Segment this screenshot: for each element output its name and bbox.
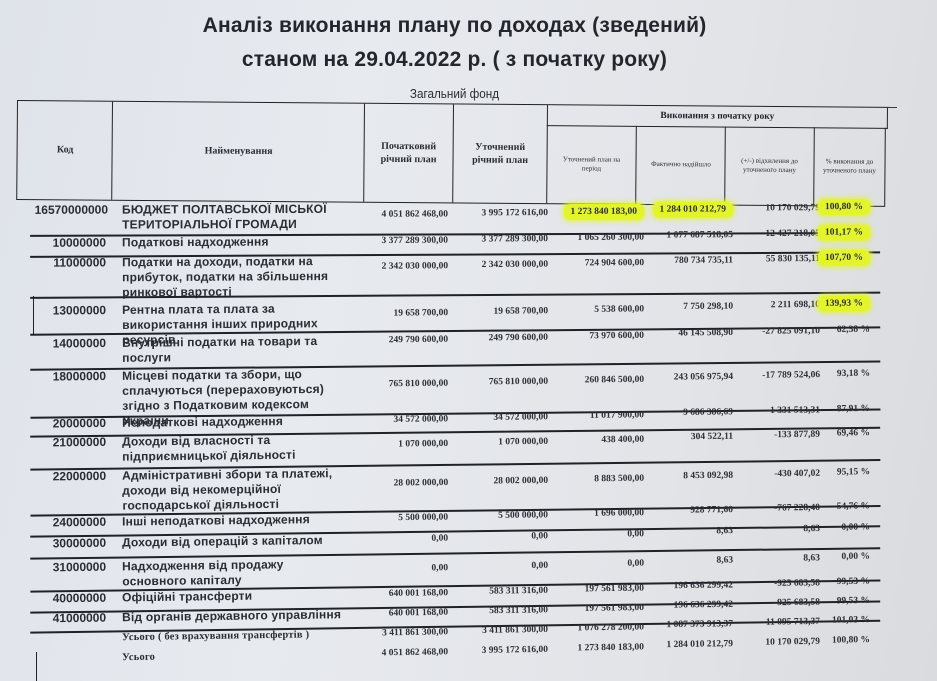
- cell-value: 0,00: [431, 534, 448, 544]
- row-deviation: -925 683,58: [774, 578, 820, 589]
- row-percent: 54,76 %: [837, 501, 870, 511]
- cell-value: 3 377 289 300,00: [382, 236, 449, 246]
- cell-value: 69,46 %: [837, 428, 870, 438]
- row-name: Податки на доходи, податки на прибуток, …: [122, 254, 354, 300]
- cell-value: 19 658 700,00: [393, 308, 448, 318]
- row-actual: 8,63: [716, 526, 733, 536]
- cell-value: 583 311 316,00: [489, 586, 548, 597]
- cell-value: 139,93 %: [818, 295, 870, 311]
- cell-value: 1 076 278 200,00: [577, 622, 644, 633]
- row-actual: 7 750 298,10: [683, 302, 733, 312]
- cell-value: 765 810 000,00: [389, 379, 448, 390]
- cell-value: 12 427 218,05: [765, 229, 820, 239]
- cell-value: 10 170 029,79: [765, 637, 820, 648]
- row-percent: 95,15 %: [837, 467, 870, 477]
- row-revised-plan: 5 500 000,00: [498, 510, 548, 521]
- row-revised-plan: 3 377 289 300,00: [481, 234, 548, 244]
- row-deviation: 2 211 698,10: [771, 300, 820, 310]
- cell-value: 100,80 %: [818, 199, 870, 215]
- row-deviation: 12 427 218,05: [765, 229, 820, 239]
- row-code: 13000000: [36, 303, 106, 318]
- cell-value: 11 095 713,37: [766, 617, 820, 628]
- margin-mark: [33, 296, 34, 334]
- cell-value: 1 284 010 212,79: [653, 202, 734, 218]
- cell-value: 1 087 373 913,37: [666, 620, 733, 631]
- cell-value: 249 790 600,00: [489, 333, 548, 344]
- row-code: 14000000: [36, 336, 106, 351]
- row-deviation: 8,63: [803, 553, 820, 563]
- row-initial-plan: 640 001 168,00: [389, 588, 449, 599]
- row-percent: 87,91 %: [837, 404, 870, 414]
- row-initial-plan: 34 572 000,00: [393, 414, 448, 425]
- cell-value: 2 342 030 000,00: [482, 259, 549, 269]
- row-initial-plan: 5 500 000,00: [398, 513, 448, 524]
- row-revised-plan: 2 342 030 000,00: [482, 259, 549, 269]
- cell-value: 0,00: [531, 531, 548, 541]
- row-initial-plan: 4 051 862 468,00: [381, 647, 448, 658]
- cell-value: 93,18 %: [837, 369, 870, 379]
- cell-value: 101,03 %: [832, 615, 870, 626]
- cell-value: 3 411 861 300,00: [382, 627, 448, 638]
- row-actual: 1 077 687 518,05: [666, 231, 733, 241]
- row-percent: 99,53 %: [837, 596, 870, 606]
- cell-value: 101,17 %: [818, 224, 870, 240]
- row-deviation: -925 683,58: [774, 598, 820, 609]
- cell-value: 11 017 900,00: [590, 410, 644, 421]
- row-period-plan: 5 538 600,00: [594, 304, 644, 314]
- cell-value: 3 411 861 300,00: [482, 625, 548, 636]
- cell-value: 0,00 %: [841, 522, 870, 532]
- row-code: 10000000: [36, 235, 106, 249]
- row-revised-plan: 583 311 316,00: [489, 605, 548, 616]
- row-deviation: -17 789 524,06: [762, 370, 820, 381]
- row-deviation: -27 825 091,10: [762, 326, 820, 337]
- row-initial-plan: 3 411 861 300,00: [382, 627, 448, 638]
- row-initial-plan: 2 342 030 000,00: [382, 261, 449, 271]
- cell-value: 19 658 700,00: [493, 306, 548, 316]
- cell-value: 5 538 600,00: [594, 304, 644, 314]
- row-deviation: 55 830 135,11: [766, 254, 820, 264]
- cell-value: 54,76 %: [837, 501, 870, 511]
- cell-value: 1 070 000,00: [498, 437, 548, 448]
- table-row: 11000000Податки на доходи, податки на пр…: [0, 250, 937, 296]
- cell-value: 724 904 600,00: [585, 258, 644, 268]
- row-name: Внутрішні податки на товари та послуги: [122, 334, 362, 366]
- row-code: 16570000000: [34, 203, 108, 217]
- cell-value: 8,63: [803, 553, 820, 563]
- row-percent: 101,03 %: [832, 615, 870, 626]
- row-actual: 780 734 735,11: [674, 256, 733, 266]
- row-initial-plan: 19 658 700,00: [393, 308, 448, 318]
- cell-value: 640 001 168,00: [389, 608, 449, 619]
- cell-value: 99,53 %: [837, 577, 870, 587]
- cell-value: 8,63: [716, 526, 733, 536]
- margin-mark: [36, 652, 37, 681]
- cell-value: -767 228,40: [774, 503, 820, 514]
- cell-value: 99,53 %: [837, 596, 870, 606]
- cell-value: 1 273 840 183,00: [577, 642, 644, 653]
- row-period-plan: 1 696 000,00: [594, 508, 644, 519]
- row-percent: 100,80 %: [818, 202, 870, 212]
- cell-value: 3 377 289 300,00: [481, 234, 548, 244]
- row-code: 40000000: [36, 591, 106, 606]
- cell-value: 8 883 500,00: [594, 473, 644, 484]
- row-actual: 8,63: [716, 556, 733, 566]
- row-name: Офіційні трансферти: [122, 588, 342, 606]
- cell-value: 1 077 687 518,05: [666, 231, 733, 241]
- row-code: 30000000: [36, 536, 106, 551]
- cell-value: 583 311 316,00: [489, 605, 548, 616]
- cell-value: 4 051 862 468,00: [381, 647, 448, 658]
- row-percent: 62,38 %: [837, 325, 870, 335]
- row-actual: 243 056 975,94: [674, 372, 733, 383]
- row-name: Доходи від власності та підприємницької …: [122, 432, 352, 465]
- row-code: 11000000: [36, 255, 106, 269]
- row-revised-plan: 0,00: [531, 531, 548, 541]
- row-initial-plan: 4 051 862 468,00: [382, 209, 449, 219]
- row-revised-plan: 249 790 600,00: [489, 333, 548, 344]
- cell-value: 640 001 168,00: [389, 588, 449, 599]
- row-initial-plan: 0,00: [431, 534, 448, 544]
- cell-value: 8 453 092,98: [683, 471, 733, 482]
- row-deviation: 11 095 713,37: [766, 617, 820, 628]
- row-revised-plan: 1 070 000,00: [498, 437, 548, 448]
- cell-value: 1 065 260 300,00: [577, 232, 644, 242]
- cell-value: 249 790 600,00: [389, 335, 448, 346]
- row-code: 22000000: [36, 469, 106, 484]
- row-period-plan: 197 561 983,00: [585, 583, 645, 594]
- row-initial-plan: 3 377 289 300,00: [382, 236, 449, 246]
- row-period-plan: 438 400,00: [601, 434, 644, 444]
- row-deviation: 10 170 029,79: [765, 203, 820, 213]
- cell-value: 438 400,00: [601, 434, 644, 444]
- cell-value: 5 500 000,00: [398, 513, 448, 524]
- row-percent: 101,17 %: [818, 227, 870, 237]
- cell-value: 87,91 %: [837, 404, 870, 414]
- row-percent: 0,00 %: [841, 552, 870, 562]
- cell-value: 197 561 983,00: [585, 603, 645, 614]
- row-period-plan: 197 561 983,00: [585, 603, 645, 614]
- row-code: 24000000: [36, 515, 106, 530]
- row-name: Податкові надходження: [122, 234, 342, 250]
- row-actual: 9 686 386,69: [683, 408, 733, 419]
- row-name: Неподаткові надходження: [122, 413, 342, 430]
- row-initial-plan: 0,00: [431, 563, 448, 573]
- row-percent: 93,18 %: [837, 369, 870, 379]
- cell-value: 28 002 000,00: [493, 476, 548, 487]
- row-deviation: -133 877,89: [774, 430, 820, 441]
- cell-value: -17 789 524,06: [762, 370, 820, 381]
- cell-value: 10 170 029,79: [765, 203, 820, 213]
- row-period-plan: 11 017 900,00: [590, 410, 644, 421]
- row-period-plan: 1 273 840 183,00: [564, 206, 645, 216]
- cell-value: 28 002 000,00: [393, 478, 448, 489]
- row-code: [36, 650, 106, 651]
- cell-value: 0,00: [531, 561, 548, 571]
- row-actual: 1 284 010 212,79: [653, 205, 734, 215]
- cell-value: 260 846 500,00: [585, 374, 644, 385]
- row-revised-plan: 3 995 172 616,00: [482, 208, 549, 218]
- cell-value: 1 273 840 183,00: [564, 203, 645, 219]
- row-revised-plan: 3 411 861 300,00: [482, 625, 548, 636]
- cell-value: -925 683,58: [774, 578, 820, 589]
- row-code: [36, 630, 106, 631]
- cell-value: 7 750 298,10: [683, 302, 733, 312]
- row-actual: 196 636 299,42: [674, 581, 734, 592]
- row-actual: 928 771,60: [690, 505, 733, 516]
- cell-value: 9 686 386,69: [683, 408, 733, 419]
- cell-value: 46 145 508,90: [678, 328, 733, 339]
- row-deviation: -430 407,02: [774, 469, 820, 480]
- row-percent: 99,53 %: [837, 577, 870, 587]
- row-period-plan: 1 273 840 183,00: [577, 642, 644, 653]
- row-code: 21000000: [36, 435, 106, 450]
- row-revised-plan: 3 995 172 616,00: [481, 645, 548, 656]
- cell-value: -133 877,89: [774, 430, 820, 441]
- cell-value: 0,00 %: [841, 552, 870, 562]
- row-name: Усього ( без врахування трансфертів ): [122, 626, 422, 645]
- row-period-plan: 724 904 600,00: [585, 258, 644, 268]
- row-period-plan: 0,00: [627, 558, 644, 568]
- cell-value: 34 572 000,00: [493, 412, 548, 423]
- cell-value: 1 696 000,00: [594, 508, 644, 519]
- cell-value: 95,15 %: [837, 467, 870, 477]
- cell-value: 62,38 %: [837, 325, 870, 335]
- row-code: 31000000: [36, 560, 106, 575]
- row-code: 18000000: [36, 369, 106, 384]
- row-name: Надходження від продажу основного капіта…: [122, 557, 327, 590]
- row-period-plan: 1 076 278 200,00: [577, 622, 644, 633]
- cell-value: 8,63: [716, 556, 733, 566]
- cell-value: 196 636 299,42: [674, 581, 734, 592]
- cell-value: -430 407,02: [774, 469, 820, 480]
- row-deviation: 10 170 029,79: [765, 637, 820, 648]
- row-name: Усього: [122, 646, 422, 665]
- row-actual: 196 636 299,42: [674, 600, 734, 611]
- cell-value: 2 211 698,10: [771, 300, 820, 310]
- cell-value: 2 342 030 000,00: [382, 261, 449, 271]
- row-percent: 139,93 %: [818, 298, 870, 308]
- row-percent: 69,46 %: [837, 428, 870, 438]
- cell-value: 55 830 135,11: [766, 254, 820, 264]
- row-period-plan: 0,00: [627, 529, 644, 539]
- row-revised-plan: 28 002 000,00: [493, 476, 548, 487]
- row-actual: 46 145 508,90: [678, 328, 733, 339]
- row-period-plan: 73 970 600,00: [589, 330, 644, 341]
- row-code: 20000000: [36, 416, 106, 431]
- row-initial-plan: 1 070 000,00: [398, 439, 448, 450]
- cell-value: 1 070 000,00: [398, 439, 448, 450]
- row-actual: 1 284 010 212,79: [666, 640, 733, 651]
- row-revised-plan: 19 658 700,00: [493, 306, 548, 316]
- row-period-plan: 1 065 260 300,00: [577, 232, 644, 242]
- cell-value: 765 810 000,00: [489, 377, 548, 388]
- cell-value: 928 771,60: [690, 505, 733, 516]
- row-deviation: 8,63: [803, 524, 820, 534]
- row-deviation: -767 228,40: [774, 503, 820, 514]
- row-deviation: -1 331 513,31: [767, 406, 820, 417]
- cell-value: -925 683,58: [774, 598, 820, 609]
- cell-value: 0,00: [627, 558, 644, 568]
- row-initial-plan: 765 810 000,00: [389, 379, 448, 390]
- cell-value: 5 500 000,00: [498, 510, 548, 521]
- cell-value: 3 995 172 616,00: [482, 208, 549, 218]
- row-name: Доходи від операцій з капіталом: [122, 533, 352, 551]
- row-percent: 100,80 %: [832, 635, 870, 646]
- row-initial-plan: 249 790 600,00: [389, 335, 448, 346]
- row-revised-plan: 0,00: [531, 561, 548, 571]
- cell-value: 1 284 010 212,79: [666, 640, 733, 651]
- cell-value: 8,63: [803, 524, 820, 534]
- row-period-plan: 260 846 500,00: [585, 374, 644, 385]
- cell-value: 73 970 600,00: [589, 330, 644, 341]
- cell-value: 0,00: [627, 529, 644, 539]
- row-actual: 8 453 092,98: [683, 471, 733, 482]
- row-revised-plan: 34 572 000,00: [493, 412, 548, 423]
- cell-value: 34 572 000,00: [393, 414, 448, 425]
- row-code: 41000000: [36, 611, 106, 626]
- cell-value: 107,70 %: [818, 250, 870, 266]
- cell-value: 243 056 975,94: [674, 372, 733, 383]
- row-revised-plan: 583 311 316,00: [489, 586, 548, 597]
- cell-value: 196 636 299,42: [674, 600, 734, 611]
- row-initial-plan: 28 002 000,00: [393, 478, 448, 489]
- row-initial-plan: 640 001 168,00: [389, 608, 449, 619]
- cell-value: 3 995 172 616,00: [481, 645, 548, 656]
- row-name: Інші неподаткові надходження: [122, 512, 352, 530]
- row-name: Адміністративні збори та платежі, доходи…: [122, 466, 352, 514]
- cell-value: -1 331 513,31: [767, 406, 820, 417]
- row-period-plan: 8 883 500,00: [594, 473, 644, 484]
- cell-value: 4 051 862 468,00: [382, 209, 449, 219]
- cell-value: 0,00: [431, 563, 448, 573]
- row-percent: 107,70 %: [818, 253, 870, 263]
- cell-value: -27 825 091,10: [762, 326, 820, 337]
- cell-value: 304 522,11: [691, 432, 733, 442]
- table-body: 16570000000БЮДЖЕТ ПОЛТАВСЬКОЇ МІСЬКОЇ ТЕ…: [0, 0, 937, 681]
- row-actual: 1 087 373 913,37: [666, 620, 733, 631]
- row-percent: 0,00 %: [841, 522, 870, 532]
- row-actual: 304 522,11: [691, 432, 733, 442]
- row-name: БЮДЖЕТ ПОЛТАВСЬКОЇ МІСЬКОЇ ТЕРИТОРІАЛЬНО…: [122, 202, 342, 233]
- cell-value: 100,80 %: [832, 635, 870, 646]
- cell-value: 780 734 735,11: [674, 256, 733, 266]
- cell-value: 197 561 983,00: [585, 583, 645, 594]
- row-revised-plan: 765 810 000,00: [489, 377, 548, 388]
- row-name: Від органів державного управління: [122, 607, 352, 625]
